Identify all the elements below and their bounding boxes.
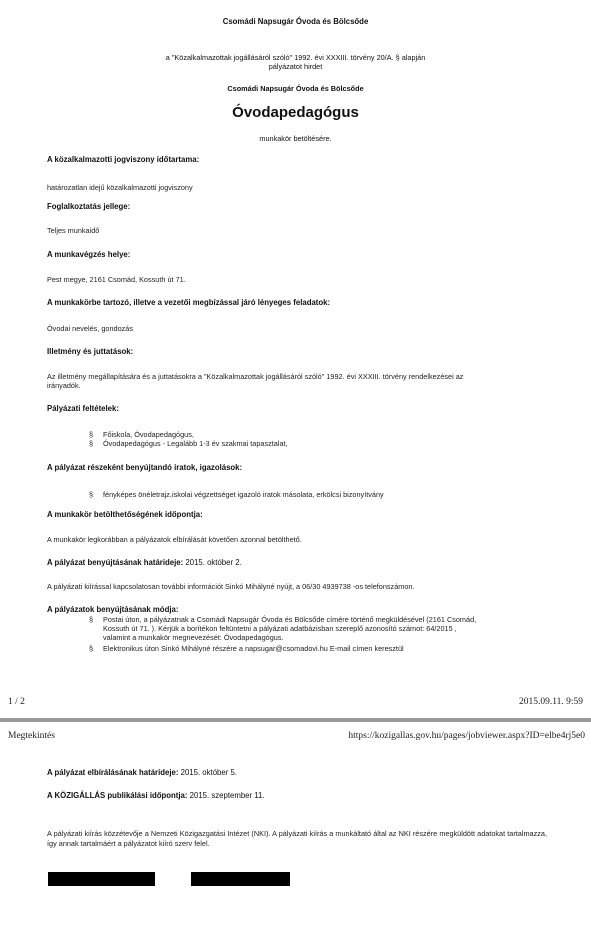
redacted-block [48, 872, 155, 886]
evaluation-deadline-value: 2015. október 5. [181, 768, 237, 777]
section-value-employment-type: Teljes munkaidő [47, 226, 99, 235]
section-label-salary: Illetmény és juttatások: [47, 347, 133, 356]
section-value-duties: Óvodai nevelés, gondozás [47, 324, 133, 333]
section-sign-icon: § [89, 430, 93, 439]
section-label-submission-method: A pályázatok benyújtásának módja: [47, 605, 178, 614]
section-sign-icon: § [89, 644, 93, 653]
section-label-workplace: A munkavégzés helye: [47, 250, 130, 259]
publish-date: A KÖZIGÁLLÁS publikálási időpontja: 2015… [47, 791, 265, 800]
section-label-documents: A pályázat részeként benyújtandó iratok,… [47, 463, 242, 472]
page-divider [0, 718, 591, 722]
submission-deadline-value: 2015. október 2. [185, 558, 241, 567]
info-contact-line: A pályázati kiírással kapcsolatosan tová… [47, 582, 415, 591]
page-number: 1 / 2 [8, 697, 25, 707]
evaluation-deadline: A pályázat elbírálásának határideje: 201… [47, 768, 237, 777]
section-sign-icon: § [89, 490, 93, 499]
print-datetime: 2015.09.11. 9:59 [519, 697, 583, 707]
redacted-block [191, 872, 290, 886]
institution-subtitle: Csomádi Napsugár Óvoda és Bölcsőde [0, 84, 591, 93]
legal-basis-line1: a "Közalkalmazottak jogállásáról szóló" … [0, 53, 591, 62]
institution-title: Csomádi Napsugár Óvoda és Bölcsőde [0, 17, 591, 27]
section-label-start-date: A munkakör betölthetőségének időpontja: [47, 510, 203, 519]
section-label-employment-type: Foglalkoztatás jellege: [47, 202, 130, 211]
page-header-url[interactable]: https://kozigallas.gov.hu/pages/jobviewe… [348, 731, 585, 741]
section-value-start-date: A munkakör legkorábban a pályázatok elbí… [47, 535, 302, 544]
section-label-duties: A munkakörbe tartozó, illetve a vezetői … [47, 298, 330, 307]
position-subtitle: munkakör betöltésére. [0, 134, 591, 143]
position-title: Óvodapedagógus [0, 104, 591, 122]
section-value-salary-line1: Az illetmény megállapítására és a juttat… [47, 372, 463, 381]
section-sign-icon: § [89, 439, 93, 448]
page-header-title: Megtekintés [8, 731, 55, 741]
submission-deadline: A pályázat benyújtásának határideje: 201… [47, 558, 242, 567]
publisher-disclaimer: A pályázati kiírás közzétevője a Nemzeti… [47, 829, 547, 848]
section-value-salary-line2: irányadók. [47, 381, 81, 390]
publish-date-value: 2015. szeptember 11. [190, 791, 265, 800]
section-value-duration: határozatlan idejű közalkalmazotti jogvi… [47, 183, 193, 192]
section-label-duration: A közalkalmazotti jogviszony időtartama: [47, 155, 199, 164]
section-value-workplace: Pest megye, 2161 Csomád, Kossuth út 71. [47, 275, 186, 284]
legal-basis-line2: pályázatot hirdet [0, 62, 591, 71]
section-label-requirements: Pályázati feltételek: [47, 404, 119, 413]
section-sign-icon: § [89, 615, 93, 624]
